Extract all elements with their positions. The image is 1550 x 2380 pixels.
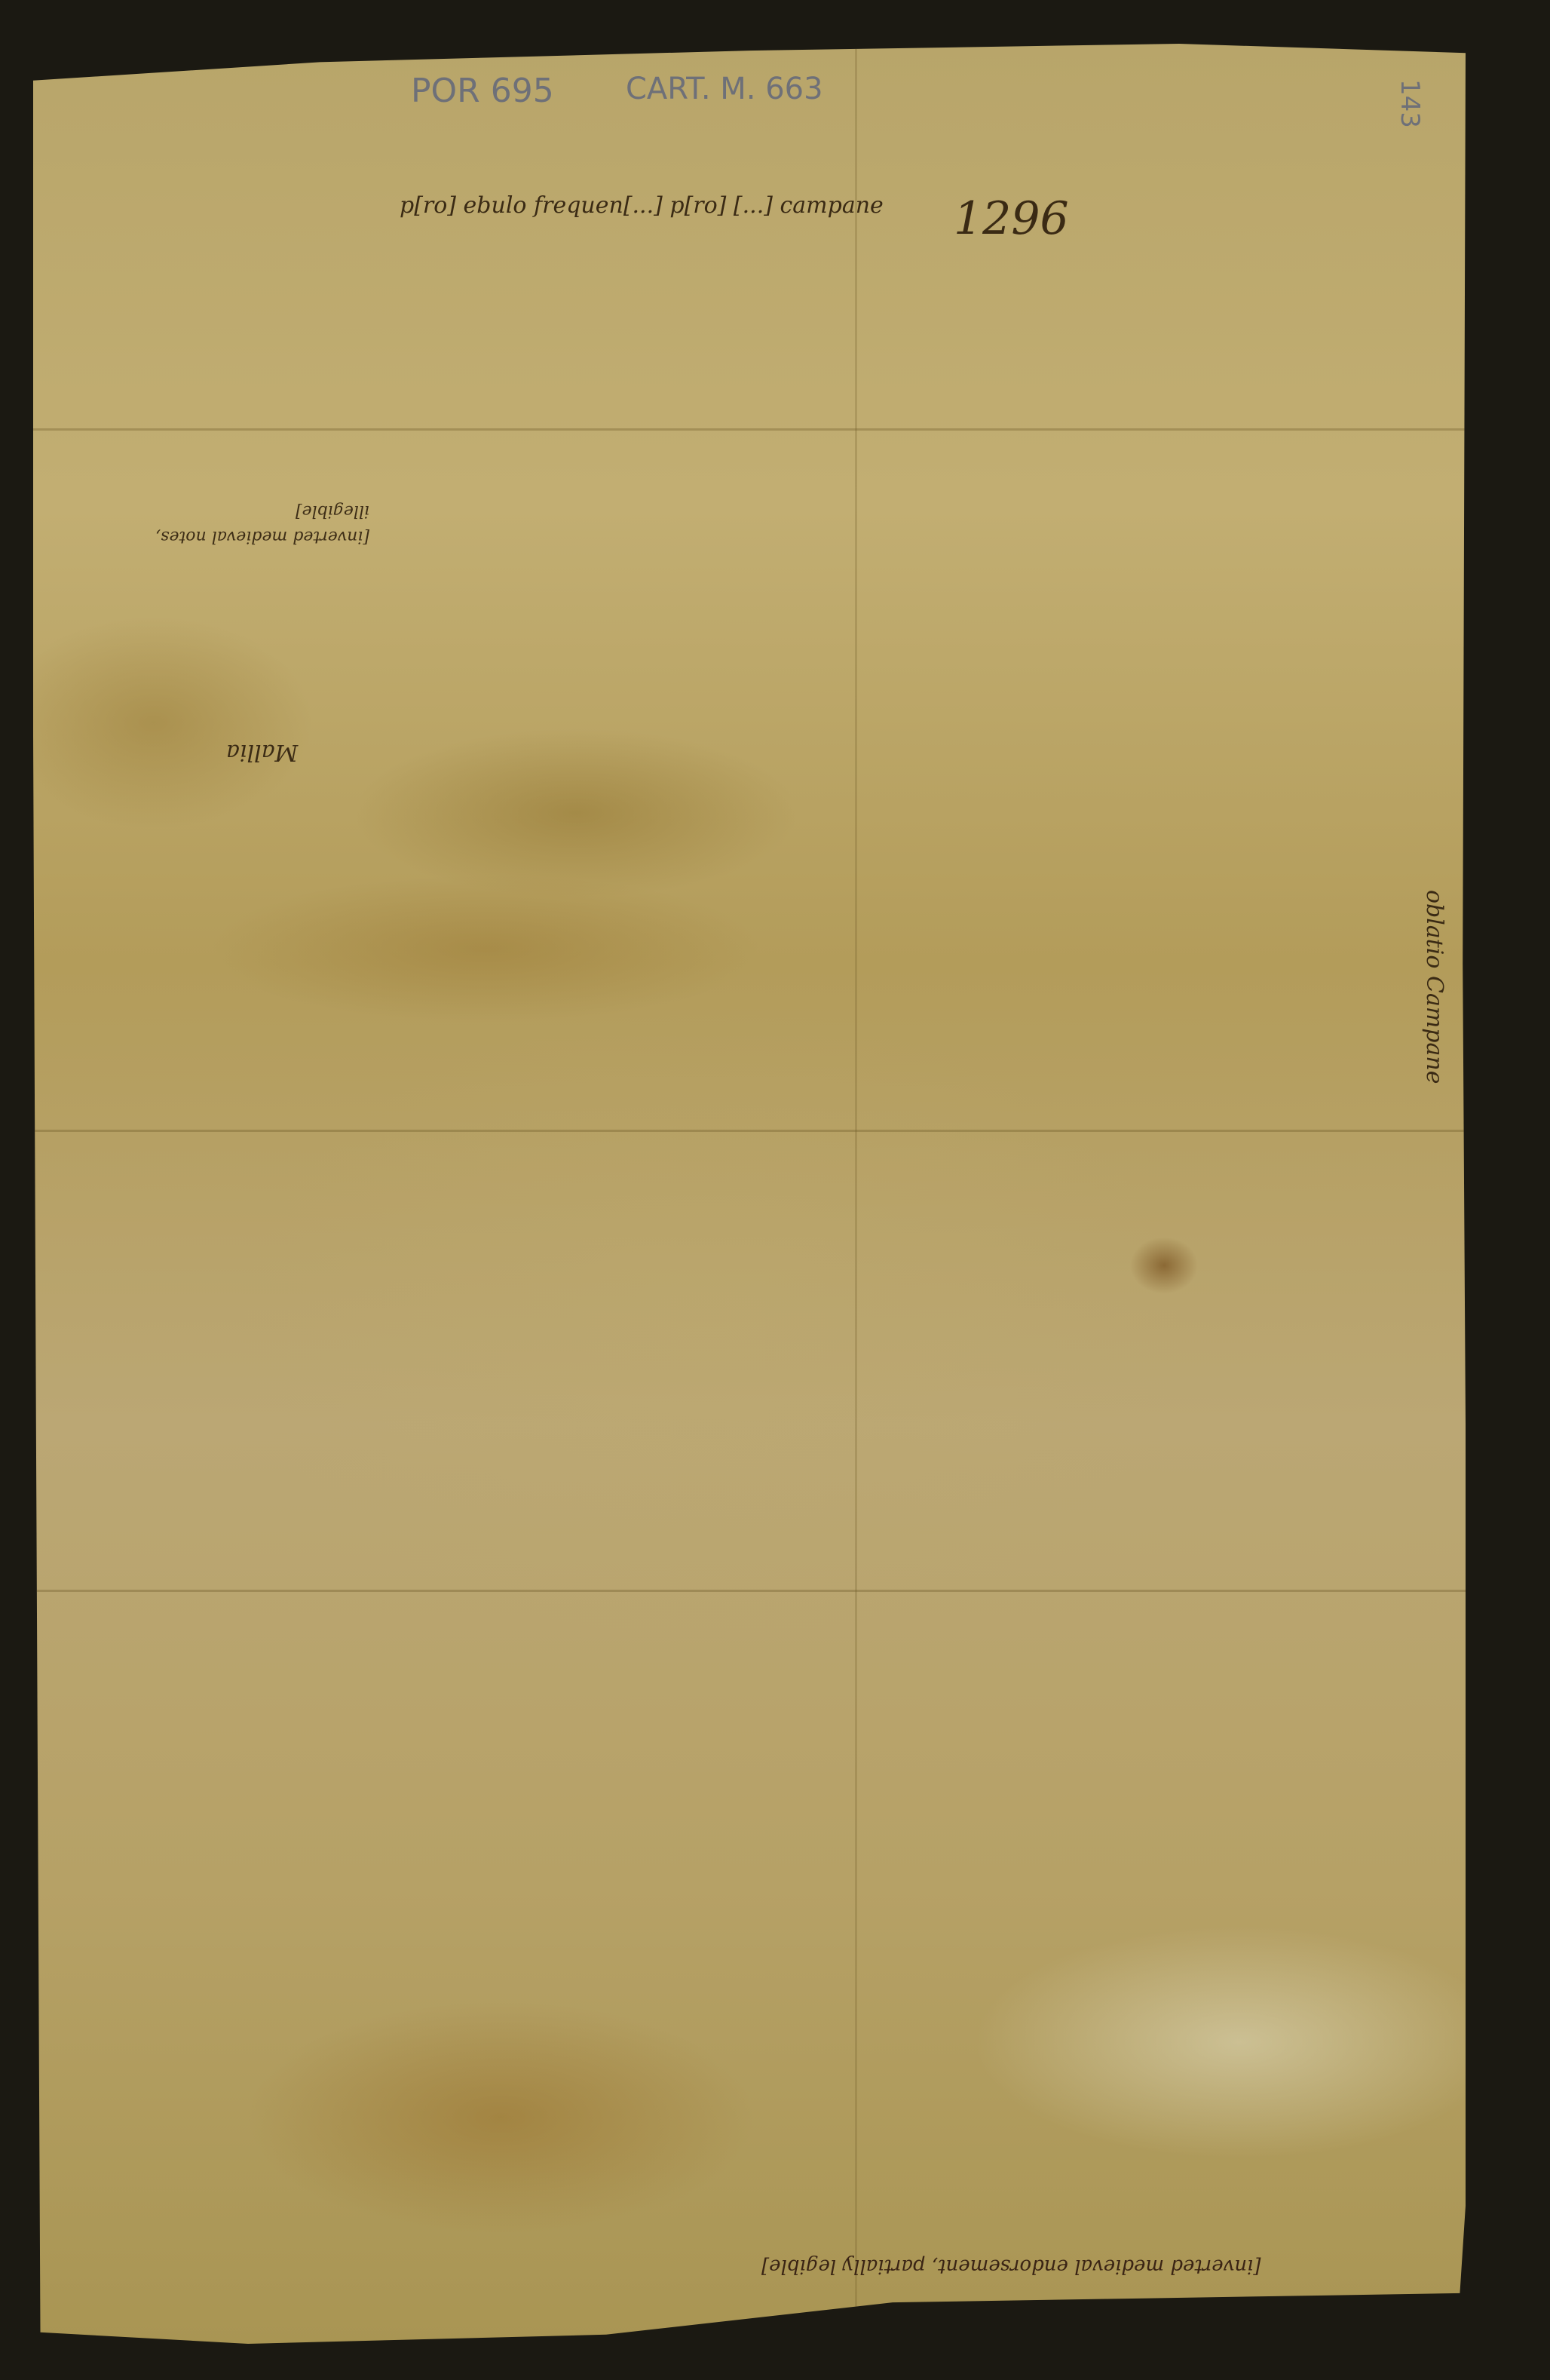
cartulary-reference: CART. M. 663 <box>626 72 823 106</box>
summary-note: p[ro] ebulo frequen[...] p[ro] [...] cam… <box>400 192 884 219</box>
inverted-notes: [inverted medieval notes, illegible] <box>113 498 369 549</box>
fold-line-horizontal <box>33 1590 1466 1592</box>
fold-line-vertical <box>855 44 857 2344</box>
fold-line-horizontal <box>33 428 1466 431</box>
fold-line-horizontal <box>33 1130 1466 1132</box>
parchment-sheet <box>33 44 1466 2344</box>
year-annotation: 1296 <box>954 192 1069 245</box>
right-margin-note: oblatio Campane <box>1421 890 1447 1084</box>
folio-number: 143 <box>1395 79 1425 128</box>
bottom-endorsement: [inverted medieval endorsement, partiall… <box>761 2255 1261 2277</box>
inverted-word: Mallia <box>226 739 298 765</box>
shelfmark-label: POR 695 <box>411 72 554 110</box>
